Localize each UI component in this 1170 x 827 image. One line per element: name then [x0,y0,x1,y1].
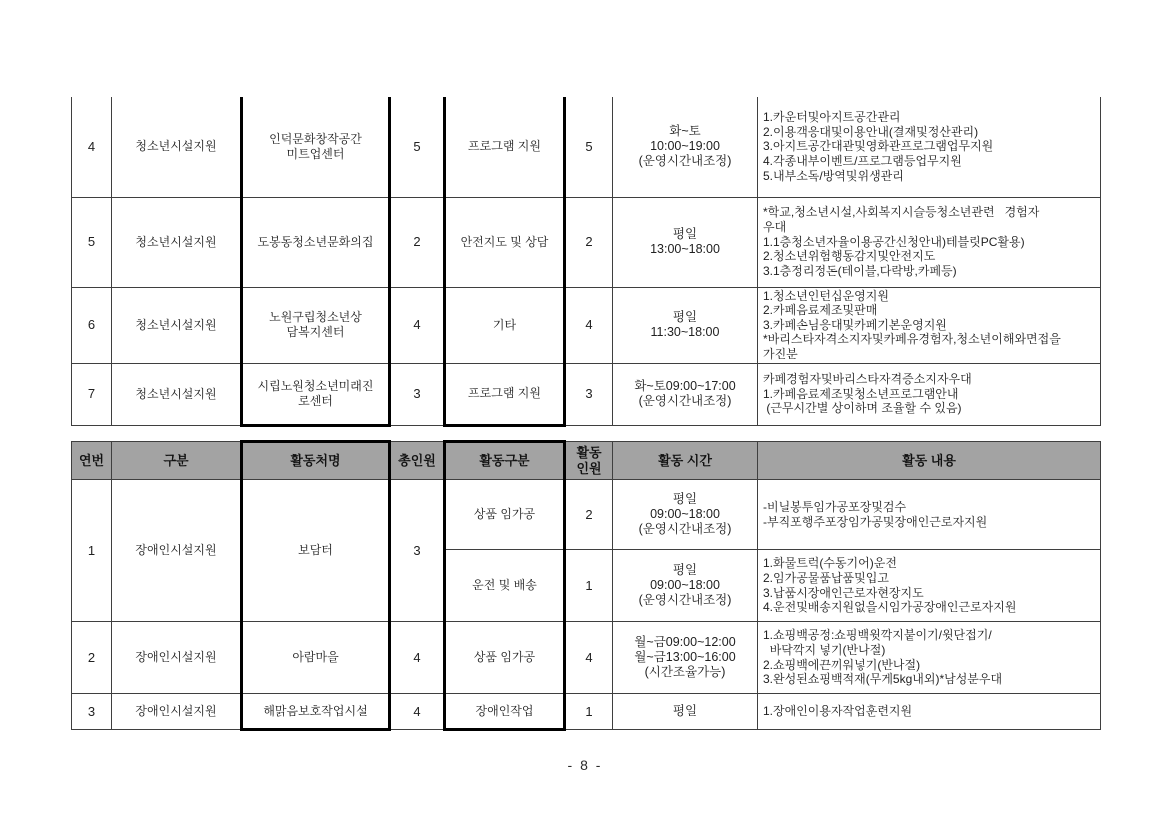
cell-place-name: 노원구립청소년상 담복지센터 [242,287,390,363]
cell-seq: 4 [72,97,112,197]
cell-activity-time: 평일 [613,694,758,730]
cell-activity-count: 2 [565,197,613,287]
cell-activity-content: 1.장애인이용자작업훈련지원 [758,694,1101,730]
cell-activity-type: 상품 임가공 [445,480,565,550]
table-row: 7 청소년시설지원 시립노원청소년미래진 로센터 3 프로그램 지원 3 화~토… [72,363,1101,425]
table-row: 6 청소년시설지원 노원구립청소년상 담복지센터 4 기타 4 평일 11:30… [72,287,1101,363]
cell-category: 장애인시설지원 [112,622,242,694]
cell-total-count: 4 [390,622,445,694]
cell-category: 청소년시설지원 [112,197,242,287]
cell-total-count: 4 [390,694,445,730]
cell-activity-type: 운전 및 배송 [445,550,565,622]
cell-activity-content: 1.쇼핑백공정:쇼핑백윗깍지붙이기/윗단접기/ 바닥깍지 넣기(반나절) 2.쇼… [758,622,1101,694]
cell-total-count: 2 [390,197,445,287]
header-total-count: 총인원 [390,442,445,480]
cell-activity-time: 평일 11:30~18:00 [613,287,758,363]
cell-activity-content: *학교,청소년시설,사회복지시슬등청소년관련 경험자 우대 1.1층청소년자율이… [758,197,1101,287]
cell-place-name: 도봉동청소년문화의집 [242,197,390,287]
cell-activity-count: 5 [565,97,613,197]
cell-total-count: 4 [390,287,445,363]
cell-category: 청소년시설지원 [112,287,242,363]
cell-activity-count: 1 [565,550,613,622]
cell-category: 장애인시설지원 [112,694,242,730]
cell-activity-type: 안전지도 및 상담 [445,197,565,287]
cell-category: 청소년시설지원 [112,97,242,197]
cell-place-name: 보담터 [242,480,390,622]
cell-activity-count: 1 [565,694,613,730]
cell-activity-type: 장애인작업 [445,694,565,730]
cell-activity-content: 카페경험자및바리스타자격증소지자우대 1.카페음료제조및청소년프로그램안내 (근… [758,363,1101,425]
cell-activity-time: 화~토 10:00~19:00 (운영시간내조정) [613,97,758,197]
cell-activity-time: 월~금09:00~12:00 월~금13:00~16:00 (시간조율가능) [613,622,758,694]
cell-activity-type: 프로그램 지원 [445,363,565,425]
cell-activity-content: 1.카운터및아지트공간관리 2.이용객응대및이용안내(결재및정산관리) 3.아지… [758,97,1101,197]
cell-activity-type: 프로그램 지원 [445,97,565,197]
header-activity-content: 활동 내용 [758,442,1101,480]
cell-activity-type: 기타 [445,287,565,363]
cell-activity-count: 4 [565,287,613,363]
table-row: 1 장애인시설지원 보담터 3 상품 임가공 2 평일 09:00~18:00 … [72,480,1101,550]
cell-activity-count: 4 [565,622,613,694]
cell-activity-content: 1.화물트럭(수동기어)운전 2.임가공물품납품및입고 3.납품시장애인근로자현… [758,550,1101,622]
cell-seq: 1 [72,480,112,622]
cell-activity-content: 1.청소년인턴십운영지원 2.카페음료제조및판매 3.카페손님응대및카페기본운영… [758,287,1101,363]
cell-activity-time: 평일 09:00~18:00 (운영시간내조정) [613,550,758,622]
table-row: 2 장애인시설지원 아람마을 4 상품 임가공 4 월~금09:00~12:00… [72,622,1101,694]
cell-place-name: 아람마을 [242,622,390,694]
cell-seq: 2 [72,622,112,694]
header-activity-time: 활동 시간 [613,442,758,480]
table-header-row: 연번 구분 활동처명 총인원 활동구분 활동 인원 활동 시간 활동 내용 [72,442,1101,480]
cell-category: 청소년시설지원 [112,363,242,425]
cell-category: 장애인시설지원 [112,480,242,622]
cell-seq: 6 [72,287,112,363]
cell-place-name: 해맑음보호작업시설 [242,694,390,730]
cell-activity-time: 평일 13:00~18:00 [613,197,758,287]
cell-total-count: 3 [390,480,445,622]
cell-activity-type: 상품 임가공 [445,622,565,694]
header-category: 구분 [112,442,242,480]
header-activity-type: 활동구분 [445,442,565,480]
header-seq: 연번 [72,442,112,480]
cell-place-name: 시립노원청소년미래진 로센터 [242,363,390,425]
cell-total-count: 5 [390,97,445,197]
table-row: 3 장애인시설지원 해맑음보호작업시설 4 장애인작업 1 평일 1.장애인이용… [72,694,1101,730]
cell-total-count: 3 [390,363,445,425]
cell-activity-content: -비닐봉투임가공포장및검수 -부직포행주포장임가공및장애인근로자지원 [758,480,1101,550]
header-place-name: 활동처명 [242,442,390,480]
cell-activity-time: 화~토09:00~17:00 (운영시간내조정) [613,363,758,425]
cell-seq: 3 [72,694,112,730]
cell-seq: 5 [72,197,112,287]
page-number: - 8 - [0,757,1170,773]
cell-seq: 7 [72,363,112,425]
table-continued: 4 청소년시설지원 인덕문화창작공간 미트업센터 5 프로그램 지원 5 화~토… [71,97,1101,427]
table-row: 4 청소년시설지원 인덕문화창작공간 미트업센터 5 프로그램 지원 5 화~토… [72,97,1101,197]
disabled-facility-table: 연번 구분 활동처명 총인원 활동구분 활동 인원 활동 시간 활동 내용 1 … [71,440,1100,731]
cell-activity-count: 3 [565,363,613,425]
table-disabled-support: 연번 구분 활동처명 총인원 활동구분 활동 인원 활동 시간 활동 내용 1 … [71,440,1101,731]
youth-facility-table-continued: 4 청소년시설지원 인덕문화창작공간 미트업센터 5 프로그램 지원 5 화~토… [71,97,1100,427]
cell-activity-time: 평일 09:00~18:00 (운영시간내조정) [613,480,758,550]
table-row: 5 청소년시설지원 도봉동청소년문화의집 2 안전지도 및 상담 2 평일 13… [72,197,1101,287]
cell-activity-count: 2 [565,480,613,550]
header-activity-count: 활동 인원 [565,442,613,480]
cell-place-name: 인덕문화창작공간 미트업센터 [242,97,390,197]
